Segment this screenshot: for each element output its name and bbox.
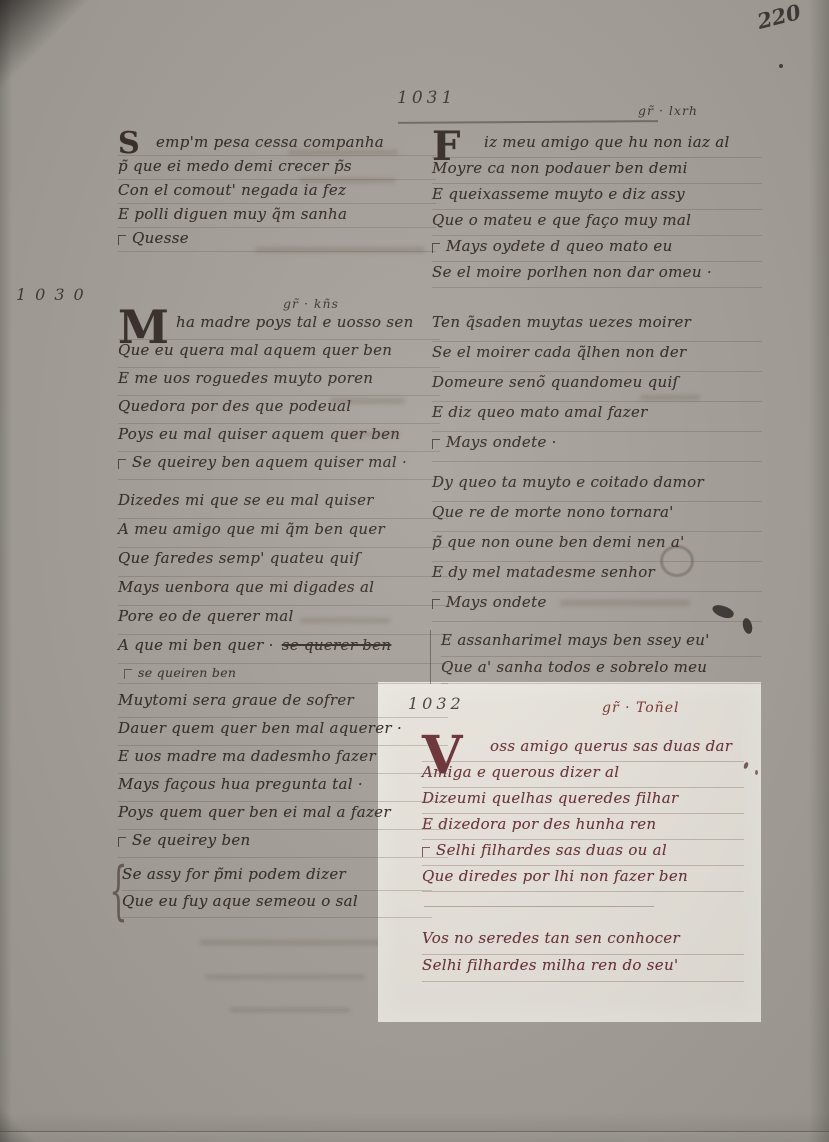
bleedthrough-mark [205, 975, 365, 979]
verse-text: Con el comout' negada ia fez [118, 181, 346, 199]
verse-text: emp'm pesa cessa companha [156, 133, 384, 151]
verse-text: Moyre ca non podauer ben demi [432, 159, 688, 177]
verse-text: Se assy for p̃mi podem dizer [122, 865, 346, 883]
stanza: Semp'm pesa cessa companhap̃ que ei medo… [118, 132, 436, 252]
stanza: Fiz meu amigo que hu non iaz alMoyre ca … [432, 132, 762, 288]
verse-text: A que mi ben quer · [118, 636, 274, 654]
verse-text: Dauer quem quer ben mal aquerer · [118, 719, 402, 737]
verse-line: Mays uenbora que mi digades al [118, 577, 448, 606]
verse-line: Muytomi sera graue de sofrer [118, 690, 448, 718]
verse-line: Quesse [118, 228, 436, 252]
verse-line: Que eu fuy aque semeou o sal [122, 891, 432, 918]
verse-line: Con el comout' negada ia fez [118, 180, 436, 204]
verse-line: Que o mateu e que faço muy mal [432, 210, 762, 236]
verse-text: p̃ que ei medo demi crecer p̃s [118, 157, 352, 175]
verse-text: iz meu amigo que hu non iaz al [484, 133, 730, 151]
verse-text: Mays ondete [446, 593, 547, 611]
verse-text: Que o mateu e que faço muy mal [432, 211, 691, 229]
verse-text: E dy mel matadesme senhor [432, 563, 655, 581]
attribution-note: gr̃ · Toñel [602, 700, 679, 716]
verse-text: Quesse [132, 229, 189, 247]
verse-line: Pore eo de querer mal [118, 606, 448, 635]
ink-speck [755, 770, 758, 775]
verse-line: E polli diguen muy q̃m sanha [118, 204, 436, 228]
page-bottom-edge [0, 1131, 829, 1142]
verse-text: Se el moire porlhen non dar omeu · [432, 263, 712, 281]
verse-text: Que faredes semp' quateu quiſ [118, 549, 360, 567]
verse-line: se queiren ben [118, 664, 448, 684]
verse-text: A meu amigo que mi q̃m ben quer [118, 520, 385, 538]
verse-text: Amiga e querous dizer al [422, 763, 619, 781]
verse-line: Que diredes por lhi non fazer ben [422, 866, 744, 892]
verse-line: Moyre ca non podauer ben demi [432, 158, 762, 184]
verse-line: Poys quem quer ben ei mal a fazer [118, 802, 448, 830]
verse-text: ha madre poys tal e uosso sen [176, 313, 414, 331]
verse-text: Ten q̃saden muytas uezes moirer [432, 313, 691, 331]
verse-text: oss amigo querus sas duas dar [490, 737, 732, 755]
stanza: Dy queo ta muyto e coitado damorQue re d… [432, 472, 762, 622]
stanza-heading-note: gr̃ · kñs [283, 296, 339, 311]
page-number-1030: 1030 [16, 285, 93, 304]
bleedthrough-mark [200, 940, 390, 945]
verse-line: p̃ que non oune ben demi nen a' [432, 532, 762, 562]
verse-line: Ten q̃saden muytas uezes moirer [432, 312, 762, 342]
verse-line: Se queirey ben [118, 830, 448, 858]
verse-line: Selhi filhardes milha ren do seu' [422, 955, 744, 982]
verse-text: se queiren ben [138, 665, 236, 680]
verse-text: E dizedora por des hunha ren [422, 815, 656, 833]
verse-line: E uos madre ma dadesmho fazer [118, 746, 448, 774]
verse-text: Que eu quera mal aquem quer ben [118, 341, 392, 359]
verse-text: Que re de morte nono tornara' [432, 503, 674, 521]
verse-line: p̃ que ei medo demi crecer p̃s [118, 156, 436, 180]
stanza: Muytomi sera graue de sofrerDauer quem q… [118, 690, 448, 858]
verse-text: Mays ondete · [446, 433, 557, 451]
verse-line: Amiga e querous dizer al [422, 762, 744, 788]
verse-line: Se el moirer cada q̃lhen non der [432, 342, 762, 372]
verse-line: E diz queo mato amal fazer [432, 402, 762, 432]
stanza: Mha madre poys tal e uosso senQue eu que… [118, 312, 440, 480]
verse-line: Selhi filhardes sas duas ou al [422, 840, 744, 866]
faint-ruling [424, 906, 654, 907]
ink-speck [779, 64, 783, 68]
verse-line: Se assy for p̃mi podem dizer [122, 864, 432, 891]
verse-line: Dizeumi quelhas queredes filhar [422, 788, 744, 814]
verse-line: Mays oydete d queo mato eu [432, 236, 762, 262]
verse-line: Que faredes semp' quateu quiſ [118, 548, 448, 577]
verse-line: Que a' sanha todos e sobrelo meu [441, 657, 761, 684]
verse-line: Dy queo ta muyto e coitado damor [432, 472, 762, 502]
quire-mark: gr̃ · lxrh [638, 103, 698, 118]
verse-line: Voss amigo querus sas duas dar [422, 736, 744, 762]
verse-line: Fiz meu amigo que hu non iaz al [432, 132, 762, 158]
verse-line: E dizedora por des hunha ren [422, 814, 744, 840]
verse-text: Selhi filhardes sas duas ou al [436, 841, 667, 859]
verse-line: E queixasseme muyto e diz assy [432, 184, 762, 210]
manuscript-page: 220 1031 1030 gr̃ · lxrh gr̃ · kñs Semp'… [0, 0, 829, 1142]
verse-text: E uos madre ma dadesmho fazer [118, 747, 376, 765]
verse-text: E polli diguen muy q̃m sanha [118, 205, 347, 223]
verse-line: Domeure senõ quandomeu quiſ [432, 372, 762, 402]
verse-line: Quedora por des que podeual [118, 396, 440, 424]
verse-line: Dizedes mi que se eu mal quiser [118, 490, 448, 519]
stanza: Vos no seredes tan sen conhocerSelhi fil… [422, 928, 744, 982]
stanza: Voss amigo querus sas duas darAmiga e qu… [422, 736, 744, 892]
stanza: Dizedes mi que se eu mal quiserA meu ami… [118, 490, 448, 684]
verse-line: E me uos roguedes muyto poren [118, 368, 440, 396]
page-number-1031: 1031 [397, 88, 456, 108]
verse-text: E assanharimel mays ben ssey eu' [441, 631, 710, 649]
struck-text: se querer ben [282, 636, 392, 654]
verse-line: Poys eu mal quiser aquem quer ben [118, 424, 440, 452]
verse-line: Semp'm pesa cessa companha [118, 132, 436, 156]
verse-text: Se queirey ben [132, 831, 251, 849]
verse-line: A que mi ben quer ·se querer ben [118, 635, 448, 664]
verse-text: Selhi filhardes milha ren do seu' [422, 956, 678, 974]
verse-line: Que re de morte nono tornara' [432, 502, 762, 532]
folio-number: 220 [755, 0, 804, 34]
verse-line: Mha madre poys tal e uosso sen [118, 312, 440, 340]
verse-text: Mays façous hua pregunta tal · [118, 775, 363, 793]
verse-line: Dauer quem quer ben mal aquerer · [118, 718, 448, 746]
verse-text: Quedora por des que podeual [118, 397, 351, 415]
verse-text: Domeure senõ quandomeu quiſ [432, 373, 678, 391]
verse-line: Que eu quera mal aquem quer ben [118, 340, 440, 368]
stanza: Ten q̃saden muytas uezes moirerSe el moi… [432, 312, 762, 462]
verse-text: E me uos roguedes muyto poren [118, 369, 373, 387]
verse-line: E assanharimel mays ben ssey eu' [441, 630, 761, 657]
verse-text: Poys quem quer ben ei mal a fazer [118, 803, 391, 821]
verse-text: Que diredes por lhi non fazer ben [422, 867, 688, 885]
verse-text: Que eu fuy aque semeou o sal [122, 892, 358, 910]
verse-text: E diz queo mato amal fazer [432, 403, 648, 421]
verse-text: Poys eu mal quiser aquem quer ben [118, 425, 400, 443]
verse-text: Dy queo ta muyto e coitado damor [432, 473, 704, 491]
bleedthrough-mark [230, 1008, 350, 1012]
verse-text: Mays uenbora que mi digades al [118, 578, 374, 596]
stanza: E assanharimel mays ben ssey eu'Que a' s… [430, 630, 761, 684]
verse-line: A meu amigo que mi q̃m ben quer [118, 519, 448, 548]
illuminated-initial: S [118, 129, 140, 159]
verse-line: E dy mel matadesme senhor [432, 562, 762, 592]
verse-text: Dizeumi quelhas queredes filhar [422, 789, 678, 807]
verse-text: p̃ que non oune ben demi nen a' [432, 533, 685, 551]
verse-line: Mays façous hua pregunta tal · [118, 774, 448, 802]
stanza: Se assy for p̃mi podem dizerQue eu fuy a… [122, 864, 432, 918]
verse-text: Que a' sanha todos e sobrelo meu [441, 658, 707, 676]
verse-line: Mays ondete · [432, 432, 762, 462]
verse-text: Se el moirer cada q̃lhen non der [432, 343, 687, 361]
verse-text: Muytomi sera graue de sofrer [118, 691, 354, 709]
verse-text: Dizedes mi que se eu mal quiser [118, 491, 374, 509]
verse-text: Mays oydete d queo mato eu [446, 237, 673, 255]
verse-line: Vos no seredes tan sen conhocer [422, 928, 744, 955]
verse-text: Vos no seredes tan sen conhocer [422, 929, 680, 947]
verse-text: E queixasseme muyto e diz assy [432, 185, 685, 203]
verse-line: Se el moire porlhen non dar omeu · [432, 262, 762, 288]
verse-text: Se queirey ben aquem quiser mal · [132, 453, 407, 471]
verse-line: Se queirey ben aquem quiser mal · [118, 452, 440, 480]
verse-text: Pore eo de querer mal [118, 607, 294, 625]
